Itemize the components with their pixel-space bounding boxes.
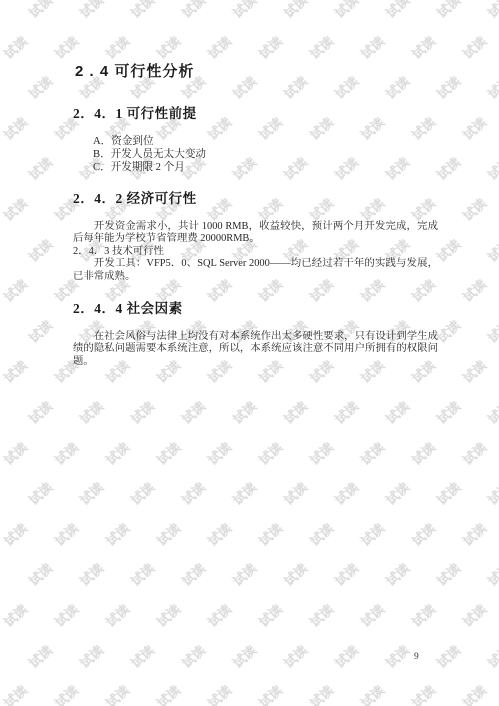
watermark-text: 试读	[407, 599, 439, 631]
watermark-text: 试读	[24, 315, 56, 347]
watermark-text: 试读	[483, 71, 499, 103]
watermark-text: 试读	[126, 559, 158, 591]
watermark-text: 试读	[0, 112, 31, 144]
watermark-text: 试读	[75, 477, 107, 509]
watermark-text: 试读	[407, 437, 439, 469]
watermark-text: 试读	[228, 559, 260, 591]
watermark-text: 试读	[126, 640, 158, 672]
watermark-text: 试读	[330, 559, 362, 591]
watermark-text: 试读	[50, 680, 82, 706]
watermark-text: 试读	[407, 680, 439, 706]
watermark-text: 试读	[432, 640, 464, 672]
watermark-text: 试读	[356, 599, 388, 631]
document-page: 试读试读试读试读试读试读试读试读试读试读试读试读试读试读试读试读试读试读试读试读…	[0, 0, 499, 706]
watermark-text: 试读	[381, 477, 413, 509]
watermark-text: 试读	[152, 518, 184, 550]
watermark-text: 试读	[330, 396, 362, 428]
watermark-text: 试读	[432, 559, 464, 591]
page-number: 9	[414, 652, 419, 663]
watermark-text: 试读	[254, 599, 286, 631]
watermark-text: 试读	[407, 518, 439, 550]
watermark-text: 试读	[483, 640, 499, 672]
watermark-text: 试读	[305, 437, 337, 469]
watermark-text: 试读	[483, 477, 499, 509]
watermark-text: 试读	[381, 559, 413, 591]
watermark-text: 试读	[203, 518, 235, 550]
premise-list: A．资金到位 B．开发人员无太大变动 C．开发期限 2 个月	[93, 135, 438, 175]
watermark-text: 试读	[279, 559, 311, 591]
section-heading-2-4: 2 . 4 可行性分析	[75, 62, 438, 82]
watermark-text: 试读	[381, 396, 413, 428]
watermark-text: 试读	[228, 477, 260, 509]
watermark-text: 试读	[279, 396, 311, 428]
watermark-text: 试读	[24, 0, 56, 22]
list-item-b: B．开发人员无太大变动	[93, 148, 438, 161]
watermark-text: 试读	[305, 680, 337, 706]
watermark-text: 试读	[101, 437, 133, 469]
watermark-text: 试读	[483, 153, 499, 185]
watermark-text: 试读	[152, 680, 184, 706]
watermark-text: 试读	[75, 396, 107, 428]
watermark-text: 试读	[483, 396, 499, 428]
watermark-text: 试读	[228, 640, 260, 672]
watermark-text: 试读	[0, 680, 31, 706]
watermark-text: 试读	[203, 680, 235, 706]
watermark-text: 试读	[101, 599, 133, 631]
paragraph-social-factors: 在社会风俗与法律上均没有对本系统作出太多硬性要求，只有设计到学生成绩的隐私问题需…	[73, 331, 438, 369]
section-heading-2-4-1: 2．4．1 可行性前提	[73, 105, 438, 123]
watermark-text: 试读	[0, 193, 31, 225]
watermark-text: 试读	[177, 477, 209, 509]
page-content: 2 . 4 可行性分析 2．4．1 可行性前提 A．资金到位 B．开发人员无太大…	[73, 0, 438, 368]
watermark-text: 试读	[0, 274, 31, 306]
watermark-text: 试读	[356, 680, 388, 706]
watermark-text: 试读	[50, 599, 82, 631]
watermark-text: 试读	[101, 518, 133, 550]
watermark-text: 试读	[279, 640, 311, 672]
watermark-text: 试读	[152, 437, 184, 469]
watermark-text: 试读	[228, 396, 260, 428]
watermark-text: 试读	[24, 71, 56, 103]
list-item-c: C．开发期限 2 个月	[93, 161, 438, 174]
watermark-text: 试读	[101, 680, 133, 706]
watermark-text: 试读	[50, 437, 82, 469]
section-heading-2-4-4: 2．4．4 社会因素	[73, 300, 438, 318]
watermark-text: 试读	[254, 437, 286, 469]
watermark-text: 试读	[24, 477, 56, 509]
watermark-text: 试读	[0, 437, 31, 469]
watermark-text: 试读	[177, 640, 209, 672]
list-item-a: A．资金到位	[93, 135, 438, 148]
watermark-text: 试读	[0, 31, 31, 63]
watermark-text: 试读	[279, 477, 311, 509]
watermark-text: 试读	[305, 518, 337, 550]
paragraph-economic-feasibility: 开发资金需求小，共计 1000 RMB，收益较快，预计两个月开发完成，完成后每年…	[73, 221, 438, 246]
watermark-text: 试读	[254, 518, 286, 550]
section-heading-2-4-2: 2．4．2 经济可行性	[73, 190, 438, 208]
watermark-text: 试读	[152, 599, 184, 631]
watermark-text: 试读	[24, 234, 56, 266]
watermark-text: 试读	[0, 356, 31, 388]
watermark-text: 试读	[126, 396, 158, 428]
watermark-text: 试读	[458, 680, 490, 706]
watermark-text: 试读	[458, 193, 490, 225]
watermark-text: 试读	[356, 518, 388, 550]
watermark-text: 试读	[432, 396, 464, 428]
watermark-text: 试读	[177, 396, 209, 428]
watermark-text: 试读	[483, 0, 499, 22]
watermark-text: 试读	[126, 477, 158, 509]
watermark-text: 试读	[24, 559, 56, 591]
watermark-text: 试读	[458, 274, 490, 306]
watermark-text: 试读	[305, 599, 337, 631]
watermark-text: 试读	[24, 153, 56, 185]
watermark-text: 试读	[254, 680, 286, 706]
watermark-text: 试读	[356, 437, 388, 469]
watermark-text: 试读	[458, 356, 490, 388]
watermark-text: 试读	[381, 640, 413, 672]
watermark-text: 试读	[458, 31, 490, 63]
watermark-text: 试读	[75, 640, 107, 672]
watermark-text: 试读	[0, 599, 31, 631]
watermark-text: 试读	[330, 477, 362, 509]
watermark-text: 试读	[458, 599, 490, 631]
watermark-text: 试读	[432, 477, 464, 509]
watermark-text: 试读	[483, 315, 499, 347]
paragraph-technical-feasibility: 开发工具：VFP5．0、SQL Server 2000——均已经过若干年的实践与…	[73, 258, 438, 283]
watermark-text: 试读	[458, 518, 490, 550]
watermark-text: 试读	[75, 559, 107, 591]
watermark-text: 试读	[458, 112, 490, 144]
watermark-text: 试读	[24, 396, 56, 428]
watermark-text: 试读	[483, 559, 499, 591]
watermark-text: 试读	[458, 437, 490, 469]
watermark-text: 试读	[50, 518, 82, 550]
watermark-text: 试读	[203, 599, 235, 631]
watermark-text: 试读	[483, 234, 499, 266]
watermark-text: 试读	[24, 640, 56, 672]
watermark-text: 试读	[330, 640, 362, 672]
watermark-text: 试读	[203, 437, 235, 469]
section-heading-2-4-3: 2．4．3 技术可行性	[73, 246, 438, 259]
watermark-text: 试读	[0, 518, 31, 550]
watermark-text: 试读	[177, 559, 209, 591]
